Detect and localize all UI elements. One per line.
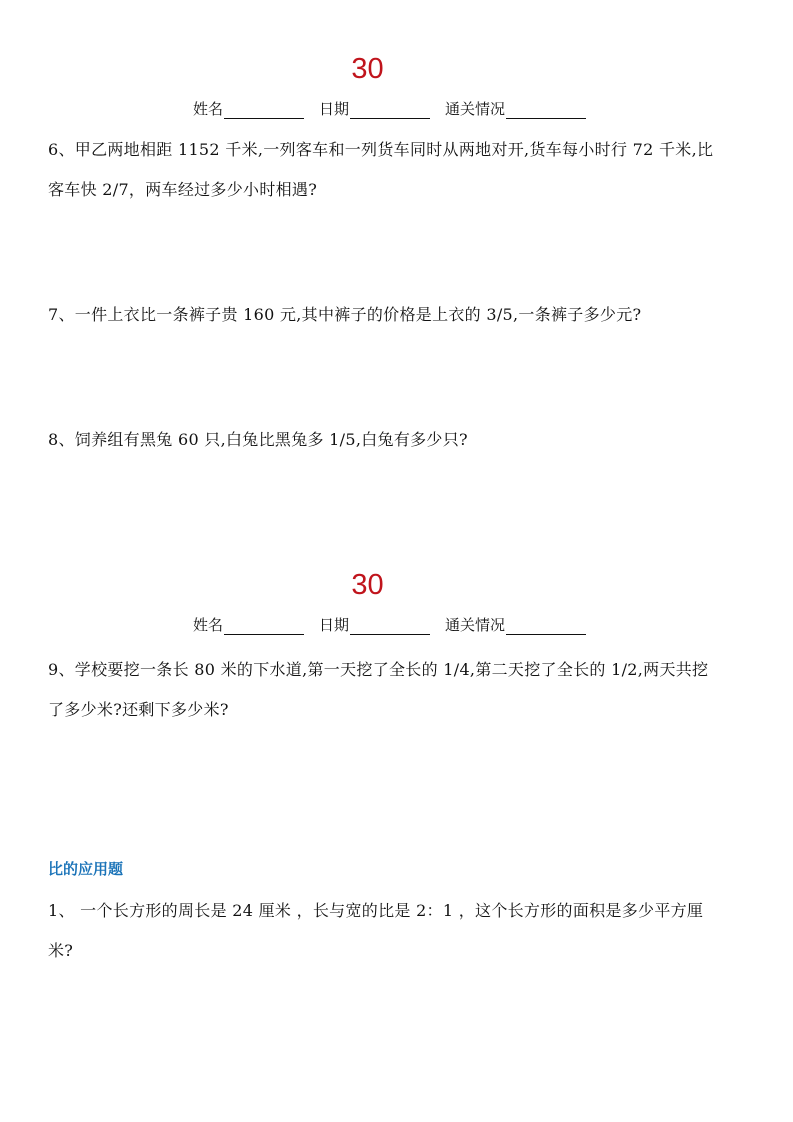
status-field: 通关情况 [445,615,586,635]
question-9: 9、学校要挖一条长 80 米的下水道,第一天挖了全长的 1/4,第二天挖了全长的… [48,650,753,730]
question-line: 9、学校要挖一条长 80 米的下水道,第一天挖了全长的 1/4,第二天挖了全长的… [48,650,753,690]
ratio-question-1: 1、 一个长方形的周长是 24 厘米 ，长与宽的比是 2：1 ，这个长方形的面积… [48,891,753,971]
date-blank [350,104,430,119]
question-line: 了多少米?还剩下多少米? [48,690,753,730]
date-label: 日期 [319,615,349,635]
student-info-line: 姓名 日期 通关情况 [193,99,586,119]
status-blank [506,104,586,119]
date-field: 日期 [319,615,430,635]
page-number: 30 [0,53,735,85]
status-blank [506,620,586,635]
name-blank [224,104,304,119]
page-number: 30 [0,569,735,601]
status-field: 通关情况 [445,99,586,119]
status-label: 通关情况 [445,99,505,119]
name-label: 姓名 [193,99,223,119]
name-blank [224,620,304,635]
question-6: 6、甲乙两地相距 1152 千米,一列客车和一列货车同时从两地对开,货车每小时行… [48,130,753,210]
date-field: 日期 [319,99,430,119]
name-label: 姓名 [193,615,223,635]
question-line: 8、饲养组有黑兔 60 只,白兔比黑兔多 1/5,白兔有多少只? [48,420,753,460]
status-label: 通关情况 [445,615,505,635]
section-title: 比的应用题 [48,859,123,879]
question-line: 米? [48,931,753,971]
name-field: 姓名 [193,615,304,635]
question-7: 7、一件上衣比一条裤子贵 160 元,其中裤子的价格是上衣的 3/5,一条裤子多… [48,295,753,335]
name-field: 姓名 [193,99,304,119]
question-line: 6、甲乙两地相距 1152 千米,一列客车和一列货车同时从两地对开,货车每小时行… [48,130,753,170]
question-8: 8、饲养组有黑兔 60 只,白兔比黑兔多 1/5,白兔有多少只? [48,420,753,460]
question-line: 客车快 2/7，两车经过多少小时相遇? [48,170,753,210]
date-label: 日期 [319,99,349,119]
question-line: 7、一件上衣比一条裤子贵 160 元,其中裤子的价格是上衣的 3/5,一条裤子多… [48,295,753,335]
student-info-line: 姓名 日期 通关情况 [193,615,586,635]
date-blank [350,620,430,635]
question-line: 1、 一个长方形的周长是 24 厘米 ，长与宽的比是 2：1 ，这个长方形的面积… [48,891,753,931]
